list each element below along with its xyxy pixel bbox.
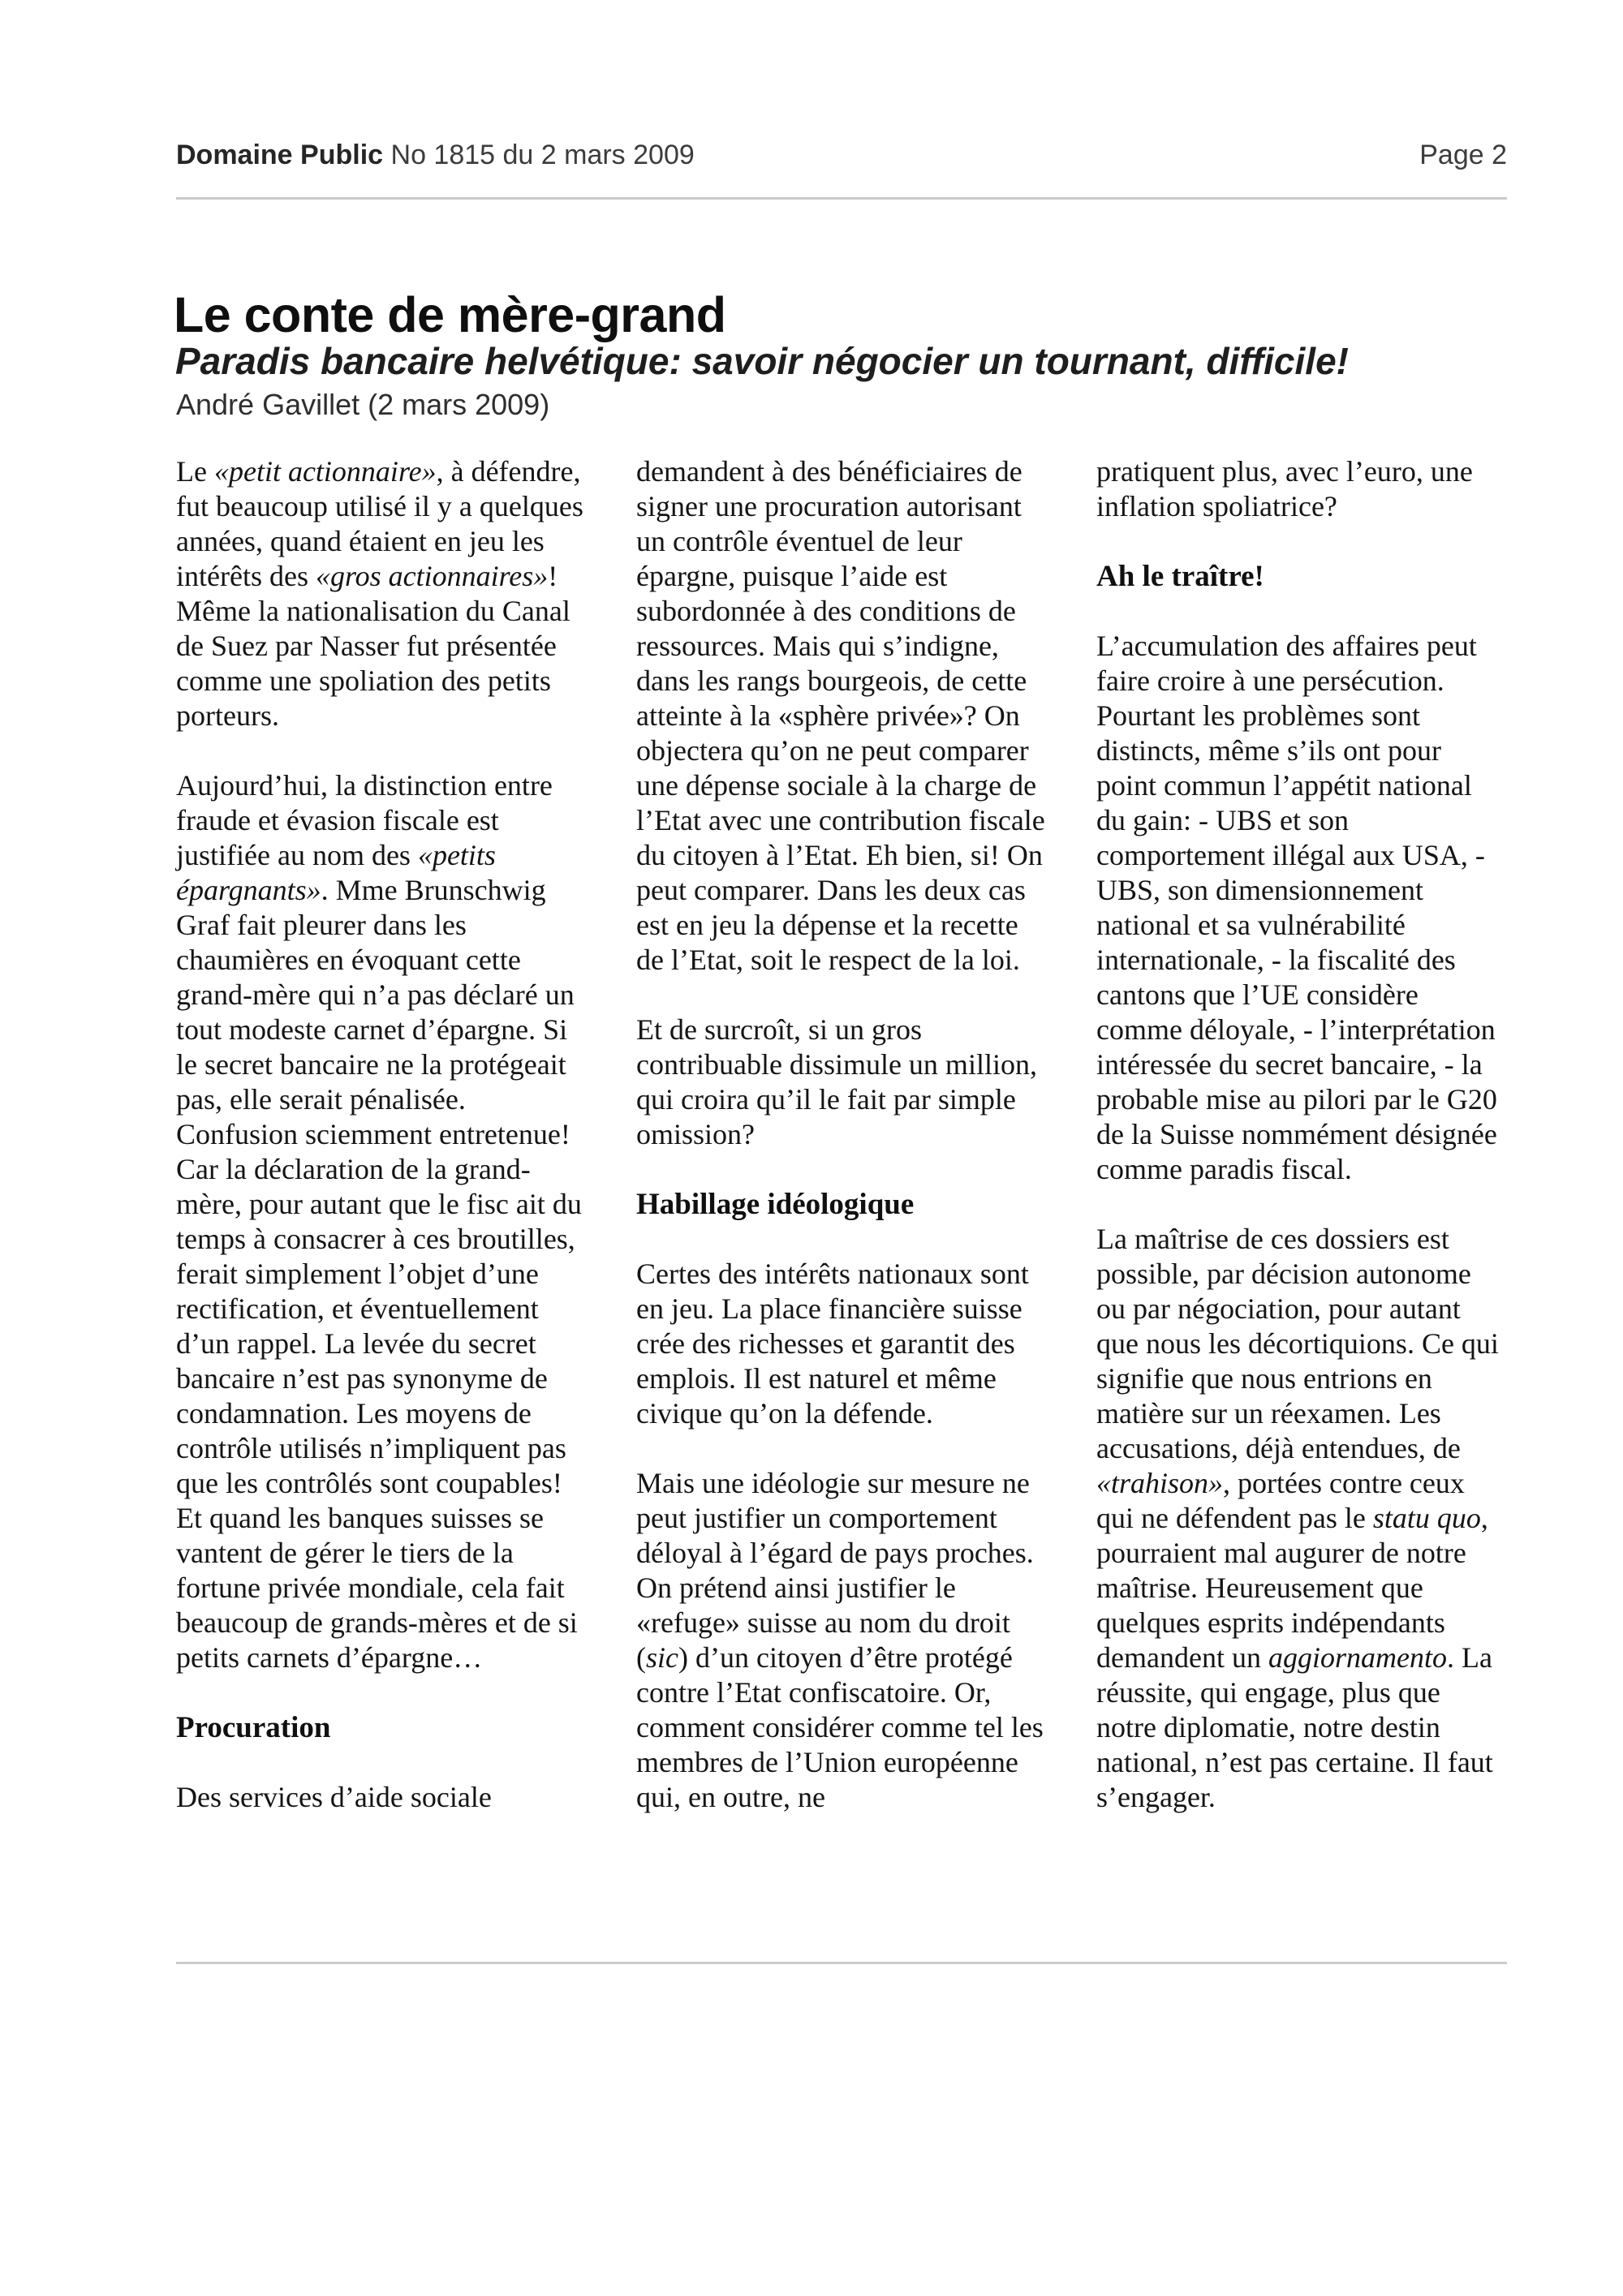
paragraph: Et de surcroît, si un gros contribuable … [636, 1013, 1046, 1152]
header-left: Domaine Public No 1815 du 2 mars 2009 [176, 140, 695, 171]
column-2: demandent à des bénéficiaires de signer … [636, 454, 1046, 1850]
paragraph: Aujourd’hui, la distinction entre fraude… [176, 768, 586, 1675]
header-rule [176, 197, 1507, 200]
paragraph: Le «petit actionnaire», à défendre, fut … [176, 454, 586, 733]
article-title: Le conte de mère-grand [174, 286, 726, 343]
paragraph: Mais une idéologie sur mesure ne peut ju… [636, 1466, 1046, 1815]
paragraph: Des services d’aide sociale [176, 1780, 586, 1815]
section-heading: Habillage idéologique [636, 1187, 1046, 1222]
article-body: Le «petit actionnaire», à défendre, fut … [176, 454, 1507, 1850]
paragraph: Certes des intérêts nationaux sont en je… [636, 1257, 1046, 1431]
article-subtitle: Paradis bancaire helvétique: savoir négo… [175, 339, 1349, 383]
footer-rule [176, 1962, 1507, 1964]
byline: André Gavillet (2 mars 2009) [176, 388, 549, 422]
section-heading: Ah le traître! [1096, 559, 1506, 594]
document-page: Domaine Public No 1815 du 2 mars 2009 Pa… [0, 0, 1623, 2296]
page-header: Domaine Public No 1815 du 2 mars 2009 Pa… [176, 140, 1507, 171]
section-heading: Procuration [176, 1710, 586, 1745]
paragraph: pratiquent plus, avec l’euro, une inflat… [1096, 454, 1506, 524]
paragraph: demandent à des bénéficiaires de signer … [636, 454, 1046, 978]
paragraph: L’accumulation des affaires peut faire c… [1096, 629, 1506, 1187]
publication-name: Domaine Public [176, 140, 383, 170]
page-number: Page 2 [1419, 140, 1507, 171]
column-3: pratiquent plus, avec l’euro, une inflat… [1096, 454, 1506, 1850]
paragraph: La maîtrise de ces dossiers est possible… [1096, 1222, 1506, 1815]
issue-number: No 1815 du 2 mars 2009 [391, 140, 695, 170]
column-1: Le «petit actionnaire», à défendre, fut … [176, 454, 586, 1850]
